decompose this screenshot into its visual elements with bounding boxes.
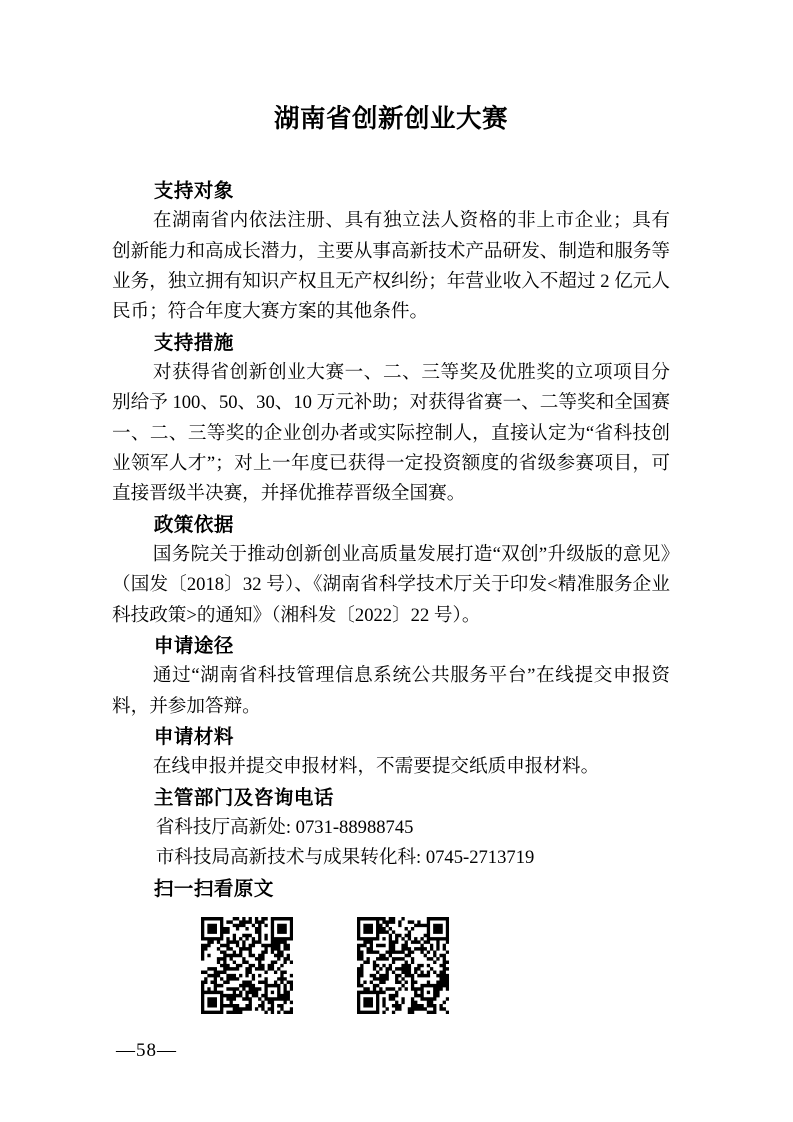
heading-application-materials: 申请材料 — [112, 722, 670, 752]
heading-application-channel: 申请途径 — [112, 631, 670, 661]
heading-authority-contact: 主管部门及咨询电话 — [112, 783, 670, 813]
qr-code-left — [201, 917, 293, 1014]
page-title: 湖南省创新创业大赛 — [112, 99, 670, 135]
heading-support-measures: 支持措施 — [112, 328, 670, 358]
document-page: 湖南省创新创业大赛 支持对象 在湖南省内依法注册、具有独立法人资格的非上市企业；… — [0, 0, 793, 1122]
body-support-target: 在湖南省内依法注册、具有独立法人资格的非上市企业；具有创新能力和高成长潜力，主要… — [112, 206, 670, 327]
qr-code-row — [201, 917, 670, 1014]
heading-scan-original: 扫一扫看原文 — [112, 874, 670, 904]
body-policy-basis: 国务院关于推动创新创业高质量发展打造“双创”升级版的意见》（国发〔2018〕32… — [112, 540, 670, 631]
body-support-measures: 对获得省创新创业大赛一、二、三等奖及优胜奖的立项项目分别给予 100、50、30… — [112, 358, 670, 510]
contact-line-province: 省科技厅高新处: 0731-88988745 — [112, 813, 670, 843]
qr-code-right — [357, 917, 449, 1014]
body-application-materials: 在线申报并提交申报材料，不需要提交纸质申报材料。 — [112, 752, 670, 782]
heading-support-target: 支持对象 — [112, 176, 670, 206]
body-application-channel: 通过“湖南省科技管理信息系统公共服务平台”在线提交申报资料，并参加答辩。 — [112, 661, 670, 722]
document-content: 支持对象 在湖南省内依法注册、具有独立法人资格的非上市企业；具有创新能力和高成长… — [112, 176, 670, 1014]
heading-policy-basis: 政策依据 — [112, 510, 670, 540]
page-number: —58— — [116, 1040, 177, 1062]
contact-line-city: 市科技局高新技术与成果转化科: 0745-2713719 — [112, 843, 670, 873]
